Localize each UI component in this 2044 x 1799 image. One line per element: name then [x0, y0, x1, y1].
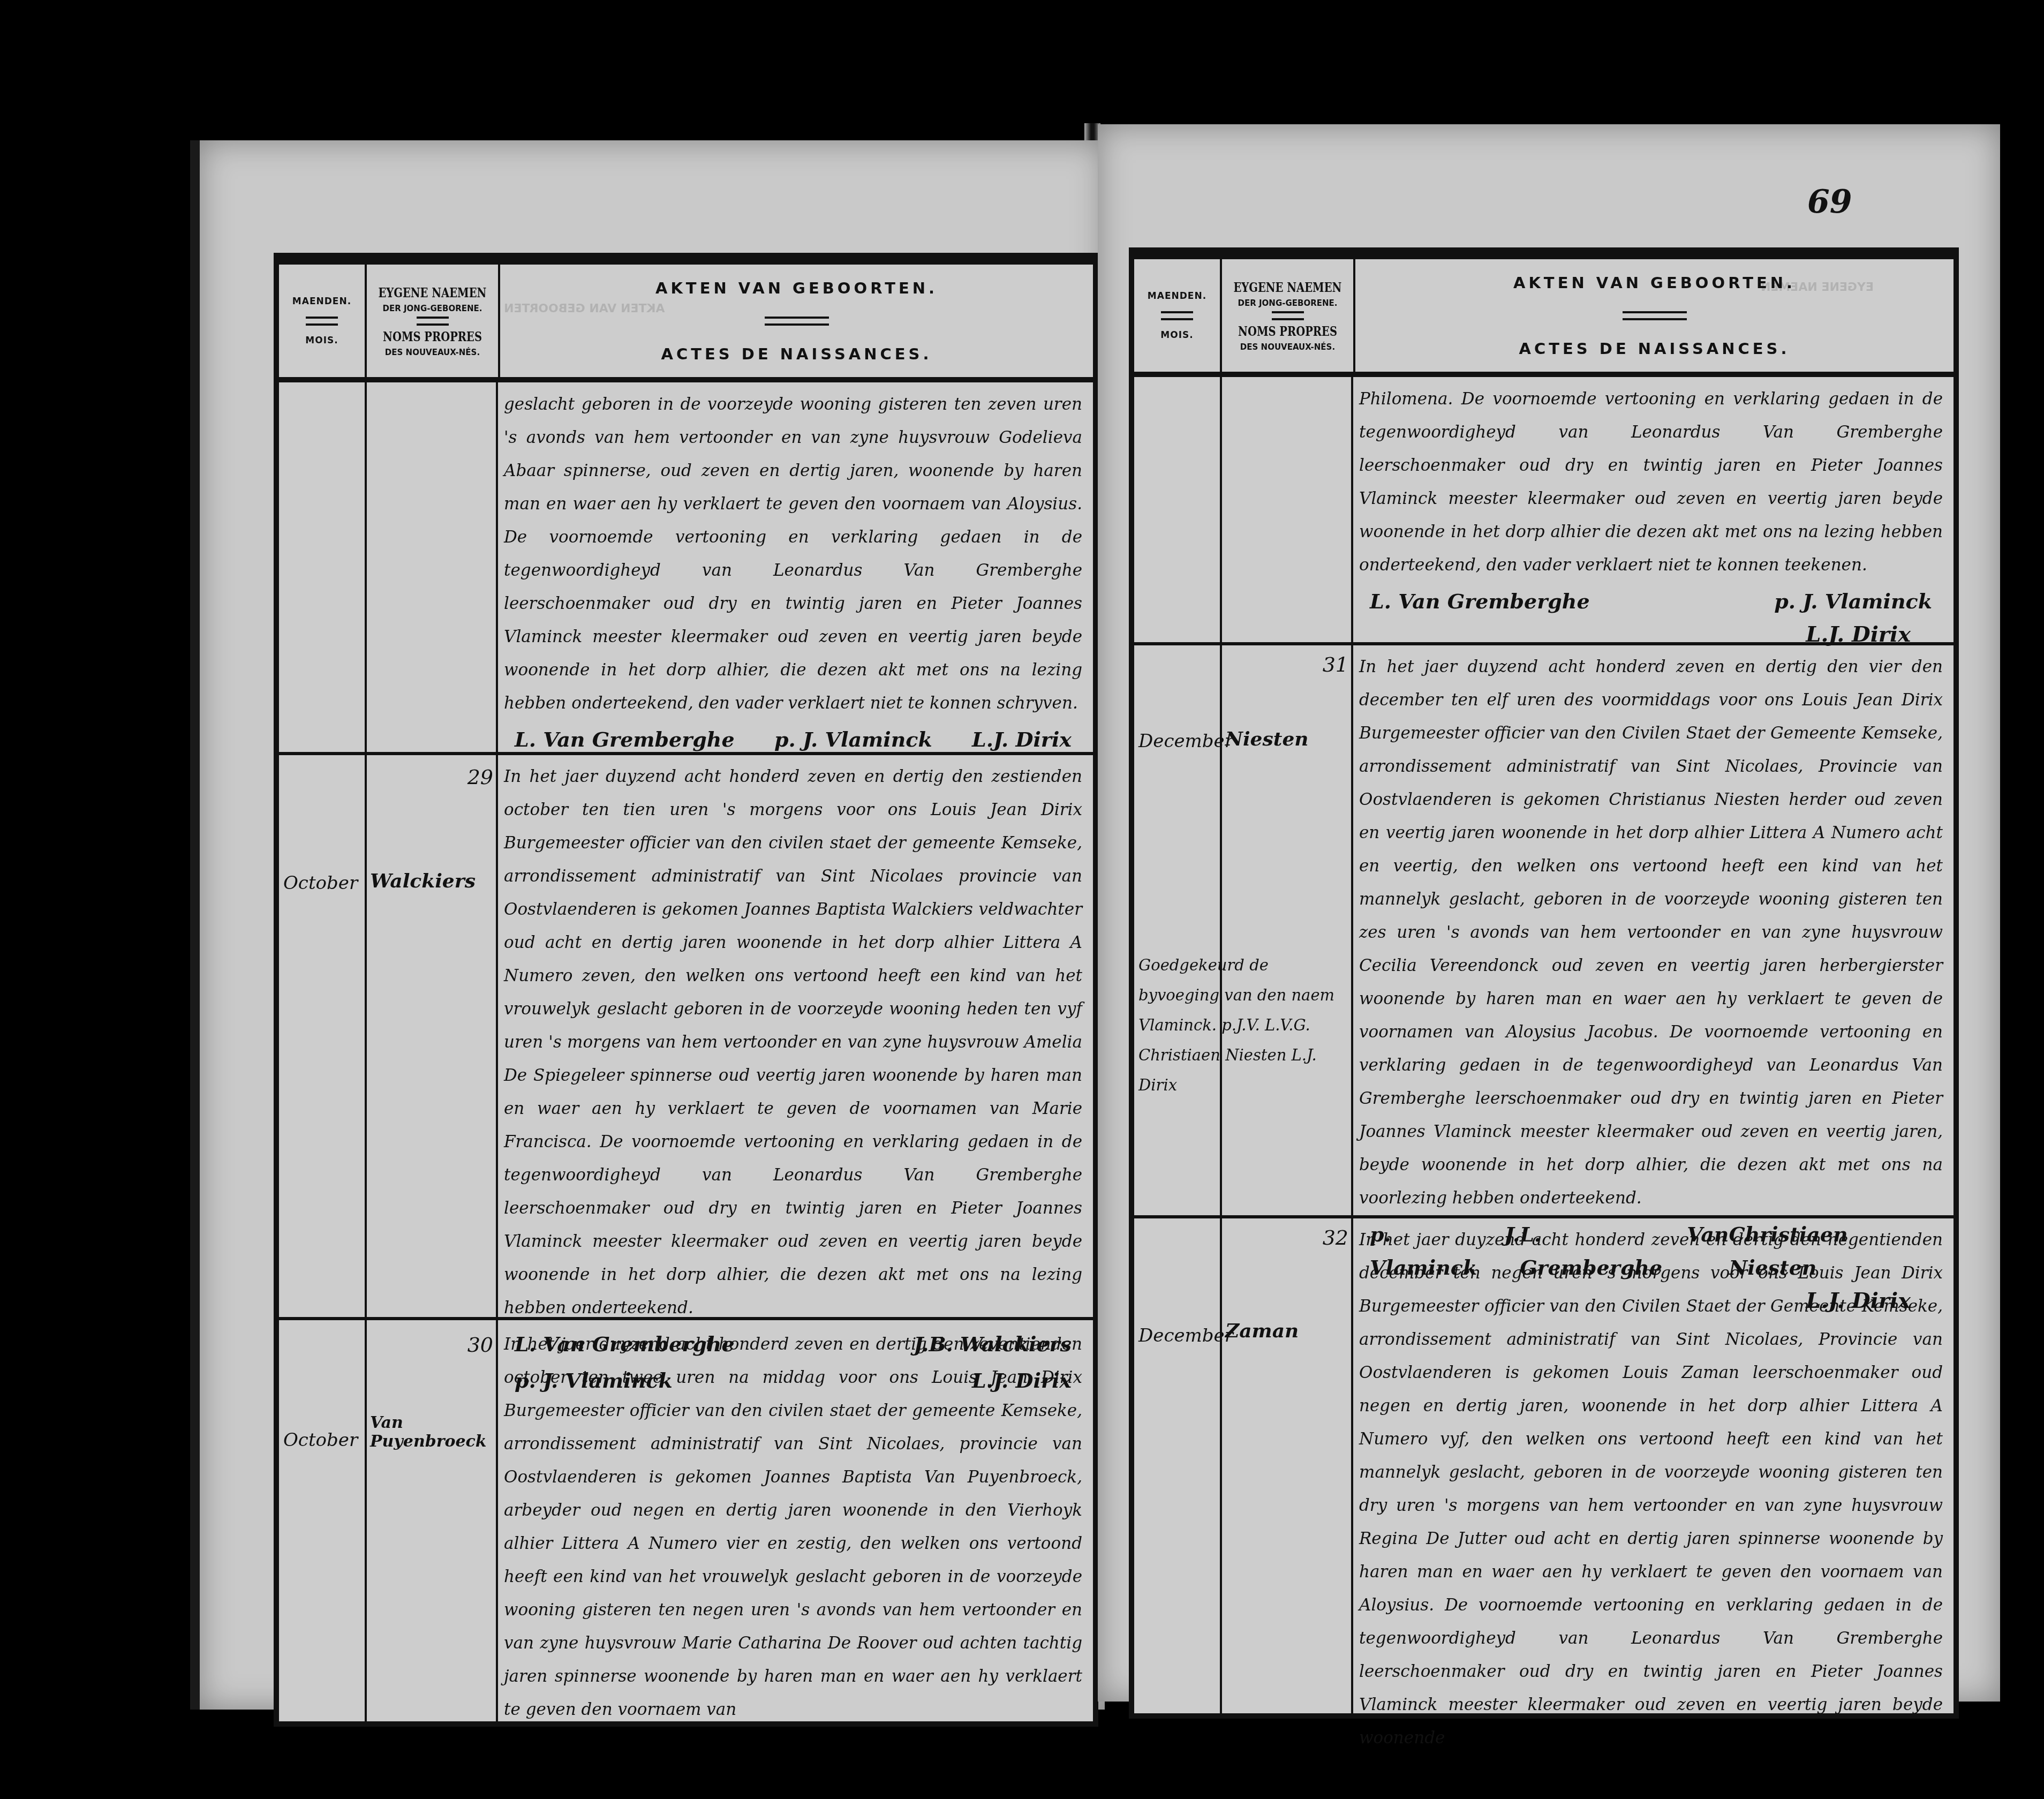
name-header-nl: EYGENE NAEMEN [379, 285, 487, 300]
month-header-nl: MAENDEN. [1148, 291, 1206, 302]
entry-text: In het jaer duyzend acht honderd zeven e… [504, 1328, 1082, 1726]
entry-number: 29 [456, 765, 493, 789]
birth-entry: December Zaman 32 In het jaer duyzend ac… [1134, 1223, 1954, 1705]
entry-separator [279, 752, 1093, 755]
name-header-fr-sub: DES NOUVEAUX-NÉS. [1240, 342, 1335, 352]
double-rule [306, 317, 338, 326]
name-header-nl-sub: DER JONG-GEBORENE. [383, 304, 482, 313]
right-page: 69 EYGENE NAEMEN MAENDEN. MOIS. EYGENE N… [1098, 124, 2000, 1702]
signature: L. Van Gremberghe [515, 723, 735, 756]
right-register-body: Philomena. De voornoemde vertooning en v… [1134, 377, 1954, 1713]
entry-text: In het jaer duyzend acht honderd zeven e… [1359, 1223, 1943, 1755]
name-header-fr: NOMS PROPRES [383, 329, 482, 344]
name-column-header: EYGENE NAEMEN DER JONG-GEBORENE. NOMS PR… [1222, 259, 1355, 372]
name-header-nl-sub: DER JONG-GEBORENE. [1238, 298, 1338, 308]
left-register-table: AKTEN VAN GEBOORTEN MAENDEN. MOIS. EYGEN… [274, 253, 1098, 1727]
birth-entry: October Walckiers 29 In het jaer duyzend… [279, 760, 1093, 1312]
name-column-header: EYGENE NAEMEN DER JONG-GEBORENE. NOMS PR… [367, 265, 500, 377]
entry-month: December [1138, 1325, 1219, 1346]
month-header-fr: MOIS. [305, 335, 338, 346]
birth-entry: October Van Puyenbroeck 30 In het jaer d… [279, 1328, 1093, 1735]
month-header-nl: MAENDEN. [292, 296, 351, 307]
registrar-signature: L.J. Dirix [1359, 618, 1943, 651]
birth-entry: December Niesten 31 Goedgekeurd de byvoe… [1134, 650, 1954, 1213]
margin-annotation: Goedgekeurd de byvoeging van den naem Vl… [1138, 950, 1350, 1100]
acts-column-header: AKTEN VAN GEBOORTEN. ACTES DE NAISSANCES… [500, 265, 1093, 377]
entry-month: October [283, 1429, 364, 1451]
entry-separator [1134, 642, 1954, 645]
entry-month: October [283, 872, 364, 894]
signature: p. J. Vlaminck [1774, 585, 1932, 618]
double-rule [765, 317, 829, 326]
entry-surname: Zaman [1225, 1320, 1351, 1342]
registrar-signature: L.J. Dirix [972, 723, 1072, 756]
signatures-row: L. Van Gremberghe p. J. Vlaminck [1359, 582, 1943, 618]
left-register-header: MAENDEN. MOIS. EYGENE NAEMEN DER JONG-GE… [279, 265, 1093, 382]
double-rule [1623, 311, 1687, 320]
right-register-header: MAENDEN. MOIS. EYGENE NAEMEN DER JONG-GE… [1134, 259, 1954, 377]
left-page: AKTEN VAN GEBOORTEN MAENDEN. MOIS. EYGEN… [190, 140, 1105, 1710]
entry-separator [279, 1317, 1093, 1320]
double-rule [417, 317, 449, 326]
title-fr: ACTES DE NAISSANCES. [661, 345, 932, 363]
title-nl: AKTEN VAN GEBOORTEN. [655, 279, 938, 297]
entry-number: 31 [1311, 653, 1348, 676]
right-register-table: EYGENE NAEMEN MAENDEN. MOIS. EYGENE NAEM… [1129, 247, 1959, 1719]
month-column-header: MAENDEN. MOIS. [279, 265, 367, 377]
name-header-nl: EYGENE NAEMEN [1234, 280, 1342, 295]
signature: L. Van Gremberghe [1370, 585, 1590, 618]
entry-surname: Niesten [1225, 728, 1351, 750]
month-column-header: MAENDEN. MOIS. [1134, 259, 1222, 372]
acts-column-header: AKTEN VAN GEBOORTEN. ACTES DE NAISSANCES… [1355, 259, 1954, 372]
entry-surname: Walckiers [370, 870, 496, 892]
continued-entry: Philomena. De voornoemde vertooning en v… [1134, 382, 1954, 639]
signatures-row: L. Van Gremberghe p. J. Vlaminck L.J. Di… [504, 720, 1082, 756]
title-nl: AKTEN VAN GEBOORTEN. [1513, 274, 1796, 292]
entry-month: December [1138, 731, 1219, 752]
month-header-fr: MOIS. [1160, 330, 1193, 341]
double-rule [1161, 311, 1193, 320]
page-number: 69 [1807, 183, 1852, 221]
entry-number: 30 [456, 1333, 493, 1357]
entry-surname: Van Puyenbroeck [370, 1413, 496, 1451]
name-header-fr: NOMS PROPRES [1238, 323, 1337, 339]
entry-separator [1134, 1215, 1954, 1218]
book-spread: AKTEN VAN GEBOORTEN MAENDEN. MOIS. EYGEN… [0, 0, 2044, 1799]
entry-text: In het jaer duyzend acht honderd zeven e… [504, 760, 1082, 1397]
title-fr: ACTES DE NAISSANCES. [1519, 340, 1790, 358]
name-header-fr-sub: DES NOUVEAUX-NÉS. [385, 348, 480, 357]
left-register-body: geslacht geboren in de voorzeyde wooning… [279, 382, 1093, 1721]
entry-text: Philomena. De voornoemde vertooning en v… [1359, 382, 1943, 651]
double-rule [1272, 311, 1304, 320]
entry-text: geslacht geboren in de voorzeyde wooning… [504, 388, 1082, 756]
signature: p. J. Vlaminck [774, 723, 932, 756]
continued-entry: geslacht geboren in de voorzeyde wooning… [279, 388, 1093, 752]
entry-number: 32 [1311, 1226, 1348, 1249]
